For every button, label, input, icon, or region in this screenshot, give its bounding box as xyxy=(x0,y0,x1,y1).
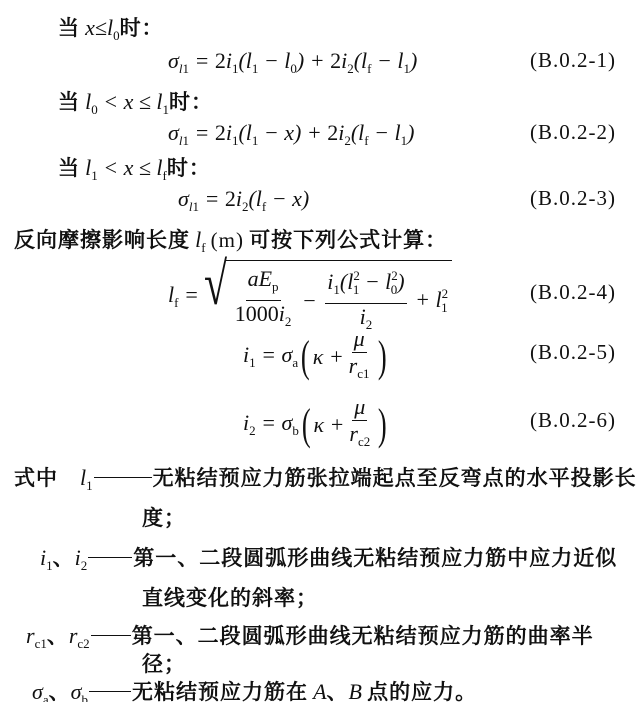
point-a: A xyxy=(313,679,326,702)
definition-i1-i2: i1、i2第一、二段圆弧形曲线无粘结预应力筋中应力近似 xyxy=(40,542,617,574)
separator: 、 xyxy=(53,546,75,570)
separator: 、 xyxy=(327,680,349,702)
equation-number: (B.0.2-6) xyxy=(530,408,616,433)
equation-number: (B.0.2-4) xyxy=(530,280,616,305)
em-dash xyxy=(94,477,152,478)
unit-label: (m) xyxy=(211,228,244,252)
definition-text-cont: 径； xyxy=(142,648,186,678)
definition-text: 第一、二段圆弧形曲线无粘结预应力筋中应力近似 xyxy=(133,546,617,570)
definition-l1: l1无粘结预应力筋张拉端起点至反弯点的水平投影长 xyxy=(80,462,637,494)
equation-b021: σl1 = 2i1(l1 − l0) + 2i2(lf − l1) xyxy=(168,48,417,77)
separator: 、 xyxy=(49,680,71,702)
intro-text: 可按下列公式计算： xyxy=(249,228,447,252)
definition-text: 点的应力。 xyxy=(367,680,477,702)
intro-text: 反向摩擦影响长度 xyxy=(14,228,190,252)
symbol: rc1 xyxy=(26,623,47,648)
equation-number: (B.0.2-1) xyxy=(530,48,616,73)
equation-number: (B.0.2-5) xyxy=(530,340,616,365)
definition-text-cont: 直线变化的斜率； xyxy=(142,582,318,612)
symbol: rc2 xyxy=(69,623,90,648)
definition-text: 无粘结预应力筋张拉端起点至反弯点的水平投影长 xyxy=(153,466,637,490)
condition-3: 当 l1 < x ≤ lf时： xyxy=(58,152,211,184)
equation-number: (B.0.2-2) xyxy=(530,120,616,145)
condition-suffix: 时： xyxy=(169,90,213,114)
equation-b023: σl1 = 2i2(lf − x) xyxy=(178,186,309,215)
condition-prefix: 当 xyxy=(58,16,80,40)
equation-b025: i1 = σa ( κ + μrc1 ) xyxy=(243,326,389,387)
em-dash xyxy=(88,557,132,558)
em-dash xyxy=(89,691,131,692)
definition-text: 无粘结预应力筋在 xyxy=(132,680,308,702)
symbol: σb xyxy=(71,679,88,702)
equation-b022: σl1 = 2i1(l1 − x) + 2i2(lf − l1) xyxy=(168,120,414,149)
definition-text: 第一、二段圆弧形曲线无粘结预应力筋的曲率半 xyxy=(132,624,594,648)
condition-prefix: 当 xyxy=(58,156,80,180)
condition-suffix: 时： xyxy=(167,156,211,180)
condition-prefix: 当 xyxy=(58,90,80,114)
condition-suffix: 时： xyxy=(120,16,164,40)
symbol: l1 xyxy=(80,465,93,490)
intro-sentence: 反向摩擦影响长度 lf (m) 可按下列公式计算： xyxy=(14,224,447,256)
condition-expression: x≤l0 xyxy=(85,15,119,40)
condition-expression: l1 < x ≤ lf xyxy=(85,155,167,180)
symbol-lf: lf xyxy=(195,227,205,252)
equation-number: (B.0.2-3) xyxy=(530,186,616,211)
symbol: σa xyxy=(32,679,49,702)
condition-expression: l0 < x ≤ l1 xyxy=(85,89,169,114)
equation-b026: i2 = σb ( κ + μrc2 ) xyxy=(243,394,390,455)
em-dash xyxy=(91,635,131,636)
symbol: i1 xyxy=(40,545,53,570)
condition-1: 当 x≤l0时： xyxy=(58,12,164,44)
symbol: i2 xyxy=(75,545,88,570)
condition-2: 当 l0 < x ≤ l1时： xyxy=(58,86,213,118)
definition-sigma-a-b: σa、σb无粘结预应力筋在 A、B 点的应力。 xyxy=(32,676,477,702)
definition-text-cont: 度； xyxy=(142,502,186,532)
definition-rc1-rc2: rc1、rc2第一、二段圆弧形曲线无粘结预应力筋的曲率半 xyxy=(26,620,594,652)
where-label: 式中 xyxy=(14,462,58,492)
point-b: B xyxy=(349,679,362,702)
separator: 、 xyxy=(47,624,69,648)
